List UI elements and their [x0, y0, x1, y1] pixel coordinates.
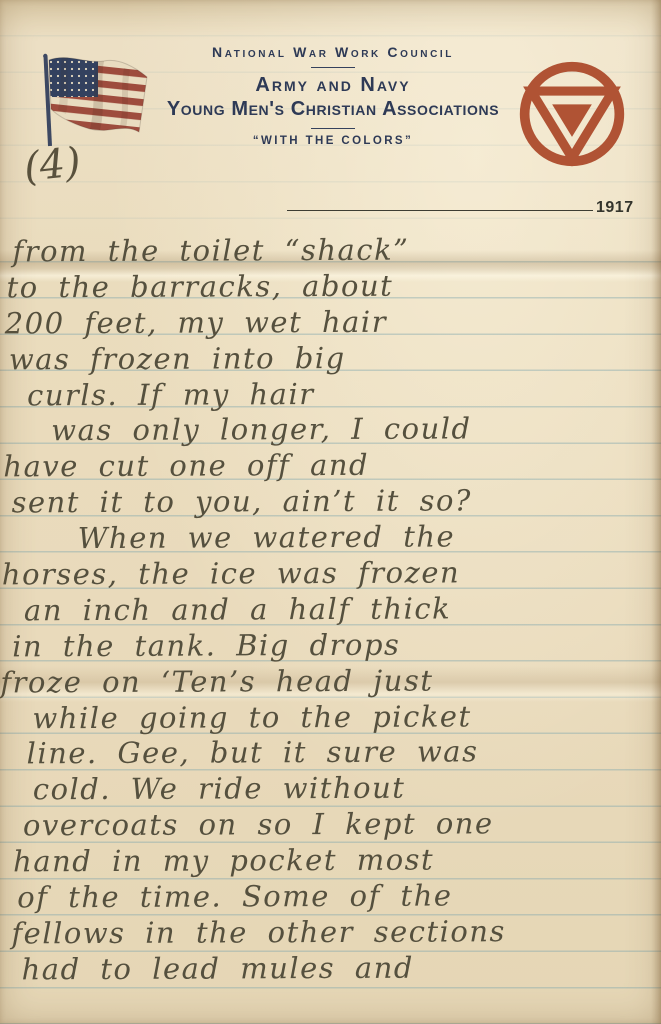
handwriting-block: from the toilet “shack”to the barracks, …: [0, 232, 661, 989]
handwriting-line: froze on ‘Ten’s head just: [0, 662, 661, 701]
ymca-triangle-icon: [516, 58, 628, 170]
divider: [311, 67, 355, 68]
handwriting-line: had to lead mules and: [21, 949, 661, 988]
handwriting-line: cold. We ride without: [33, 770, 661, 809]
letterhead-org-line2: Young Men's Christian Associations: [103, 98, 563, 121]
handwriting-line: have cut one off and: [3, 447, 660, 486]
divider: [311, 128, 355, 129]
handwriting-line: in the tank. Big drops: [12, 626, 661, 665]
handwriting-line: fellows in the other sections: [11, 913, 661, 952]
handwriting-line: was only longer, I could: [51, 411, 660, 450]
handwriting-line: sent it to you, ain’t it so?: [11, 483, 660, 522]
letterhead-council-line: National War Work Council: [103, 44, 563, 60]
letterhead-motto: “WITH THE COLORS”: [103, 135, 563, 147]
handwriting-line: was frozen into big: [9, 339, 660, 378]
date-line: [287, 210, 593, 211]
handwriting-line: horses, the ice was frozen: [2, 555, 661, 594]
letterhead-org-line1: Army and Navy: [103, 74, 563, 97]
letter-page: National War Work Council Army and Navy …: [0, 0, 661, 1024]
paper-edge: [651, 0, 661, 1024]
handwriting-line: of the time. Some of the: [17, 878, 661, 917]
handwriting-line: 200 feet, my wet hair: [5, 303, 660, 342]
handwriting-line: to the barracks, about: [7, 267, 660, 306]
letterhead: National War Work Council Army and Navy …: [103, 44, 563, 147]
handwriting-line: from the toilet “shack”: [12, 232, 659, 271]
handwriting-line: curls. If my hair: [27, 375, 660, 414]
handwriting-line: line. Gee, but it sure was: [27, 734, 661, 773]
handwriting-line: When we watered the: [78, 519, 661, 557]
handwriting-line: while going to the picket: [32, 698, 661, 737]
handwriting-line: hand in my pocket most: [13, 842, 661, 881]
handwriting-line: an inch and a half thick: [24, 590, 661, 629]
date-year: 1917: [596, 199, 634, 217]
handwriting-line: overcoats on so I kept one: [23, 806, 661, 845]
page-number: (4): [22, 139, 83, 191]
